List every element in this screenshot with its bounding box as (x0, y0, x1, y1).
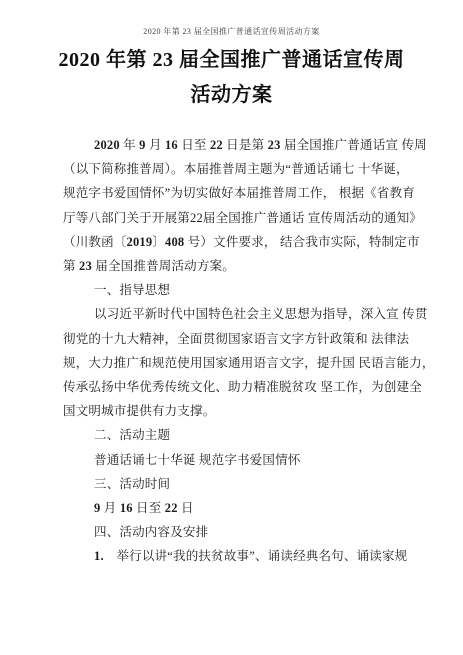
document-page: 2020 年第 23 届全国推广普通话宣传周活动方案 2020 年第 23 届全… (0, 0, 463, 655)
text-run: 第 (63, 259, 79, 273)
text-run: 22 (210, 138, 223, 152)
text-run: 日是第 (223, 138, 268, 152)
text-run: 23 (268, 138, 281, 152)
text-line: 二、活动主题 (63, 423, 405, 447)
text-run: 22 (165, 501, 178, 515)
text-run: 号）文件要求， 结合我市实际，特制定市 (184, 235, 419, 249)
text-run: 普通话诵七十华诞 规范字书爱国情怀 (94, 453, 301, 467)
text-run: 举行以讲“我的扶贫故事”、诵读经典名句、诵读家规 (104, 549, 408, 563)
text-run: 一、指导思想 (94, 283, 170, 297)
document-body: 2020 年 9 月 16 日至 22 日是第 23 届全国推广普通话宣 传周（… (63, 133, 405, 569)
text-line: 2020 年 9 月 16 日至 22 日是第 23 届全国推广普通话宣 传周 (63, 133, 405, 157)
text-run: 〕 (152, 235, 165, 249)
text-run: 规范字书爱国情怀”为切实做好本届推普周工作， 根据《省教育 (63, 186, 415, 200)
text-line: 传承弘扬中华优秀传统文化、助力精准脱贫攻 坚工作，为创建全 (63, 375, 405, 399)
text-run: 408 (165, 235, 184, 249)
text-run: 厅等八部门关于开展第22届全国推广普通话 宣传周活动的通知》 (63, 211, 422, 225)
document-title-line-1: 2020 年第 23 届全国推广普通话宣传周 (0, 43, 463, 78)
document-title-line-2: 活动方案 (0, 78, 463, 113)
text-line: 四、活动内容及安排 (63, 520, 405, 544)
text-line: 规范字书爱国情怀”为切实做好本届推普周工作， 根据《省教育 (63, 181, 405, 205)
text-run: 日至 (133, 501, 165, 515)
text-line: 彻党的十九大精神，全面贯彻国家语言文字方针政策和 法律法 (63, 327, 405, 351)
text-run: 四、活动内容及安排 (94, 525, 208, 539)
text-run: 日 (178, 501, 194, 515)
text-run: 二、活动主题 (94, 428, 170, 442)
running-header: 2020 年第 23 届全国推广普通话宣传周活动方案 (0, 26, 463, 37)
text-line: 一、指导思想 (63, 278, 405, 302)
text-run: 月 (100, 501, 119, 515)
text-run: 2019 (127, 235, 153, 249)
text-line: 三、活动时间 (63, 472, 405, 496)
text-run: 16 (165, 138, 178, 152)
text-run: 国文明城市提供有力支撑。 (63, 404, 215, 418)
text-run: 年 (120, 138, 139, 152)
text-line: 第 23 届全国推普周活动方案。 (63, 254, 405, 278)
text-line: 国文明城市提供有力支撑。 (63, 399, 405, 423)
text-line: 9 月 16 日至 22 日 (63, 496, 405, 520)
text-run: 彻党的十九大精神，全面贯彻国家语言文字方针政策和 法律法 (63, 332, 409, 346)
text-line: （以下简称推普周）。本届推普周主题为“普通话诵七 十华诞， (63, 157, 405, 181)
text-run: 23 (79, 259, 92, 273)
text-line: 普通话诵七十华诞 规范字书爱国情怀 (63, 448, 405, 472)
text-run: 2020 (94, 138, 120, 152)
text-run: （以下简称推普周）。本届推普周主题为“普通话诵七 十华诞， (63, 162, 409, 176)
text-line: 1. 举行以讲“我的扶贫故事”、诵读经典名句、诵读家规 (63, 544, 405, 568)
text-line: （川教函〔2019〕408 号）文件要求， 结合我市实际，特制定市 (63, 230, 405, 254)
text-run: 届全国推广普通话宣 传周 (281, 138, 427, 152)
text-line: 厅等八部门关于开展第22届全国推广普通话 宣传周活动的通知》 (63, 206, 405, 230)
text-run: 日至 (178, 138, 210, 152)
text-run: 传承弘扬中华优秀传统文化、助力精准脱贫攻 坚工作，为创建全 (63, 380, 422, 394)
text-run: （川教函〔 (63, 235, 127, 249)
text-run: 以习近平新时代中国特色社会主义思想为指导，深入宣 传贯 (94, 307, 428, 321)
text-run: 规，大力推广和规范使用国家通用语言文字，提升国 民语言能力， (63, 356, 435, 370)
text-line: 以习近平新时代中国特色社会主义思想为指导，深入宣 传贯 (63, 302, 405, 326)
text-line: 规，大力推广和规范使用国家通用语言文字，提升国 民语言能力， (63, 351, 405, 375)
text-run: 月 (146, 138, 165, 152)
text-run: 16 (120, 501, 133, 515)
text-run: 1. (94, 549, 104, 563)
text-run: 三、活动时间 (94, 477, 170, 491)
document-title: 2020 年第 23 届全国推广普通话宣传周 活动方案 (0, 43, 463, 113)
text-run: 届全国推普周活动方案。 (92, 259, 235, 273)
